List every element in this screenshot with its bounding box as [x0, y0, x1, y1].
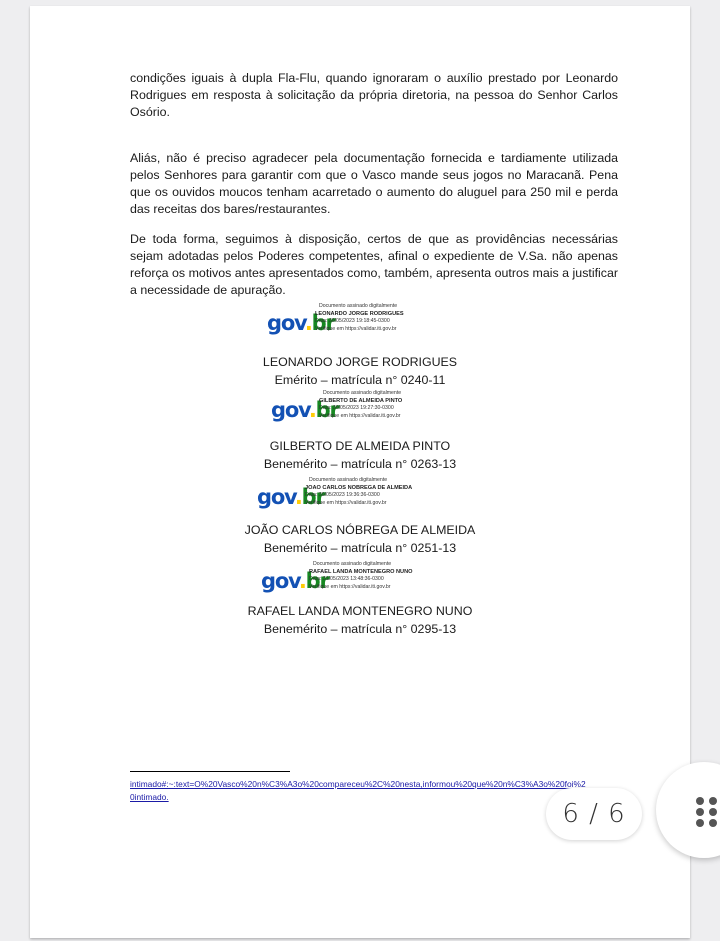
paragraph-1: condições iguais à dupla Fla-Flu, quando… — [130, 70, 618, 121]
grid-dots-icon — [696, 797, 718, 827]
signer-title: Benemérito – matrícula n° 0251-13 — [30, 540, 690, 557]
signer-name: GILBERTO DE ALMEIDA PINTO — [30, 438, 690, 455]
paragraph-2: Aliás, não é preciso agradecer pela docu… — [130, 150, 618, 218]
stamp-text: Documento assinado digitalmente GILBERTO… — [319, 390, 402, 420]
footnote-link[interactable]: intimado#:~:text=O%20Vasco%20n%C3%A3o%20… — [130, 778, 590, 806]
stamp-text: Documento assinado digitalmente JOAO CAR… — [305, 477, 412, 507]
signer-name: RAFAEL LANDA MONTENEGRO NUNO — [30, 603, 690, 620]
signer-name: LEONARDO JORGE RODRIGUES — [30, 354, 690, 371]
stamp-text: Documento assinado digitalmente RAFAEL L… — [309, 561, 412, 591]
stamp-text: Documento assinado digitalmente LEONARDO… — [315, 303, 404, 333]
signer-title: Benemérito – matrícula n° 0295-13 — [30, 621, 690, 638]
footnote-divider — [130, 771, 290, 772]
signer-name: JOÃO CARLOS NÓBREGA DE ALMEIDA — [30, 522, 690, 539]
paragraph-3: De toda forma, seguimos à disposição, ce… — [130, 231, 618, 299]
page-indicator[interactable]: 6 / 6 — [546, 788, 642, 840]
signer-title: Emérito – matrícula n° 0240-11 — [30, 372, 690, 389]
signer-title: Benemérito – matrícula n° 0263-13 — [30, 456, 690, 473]
